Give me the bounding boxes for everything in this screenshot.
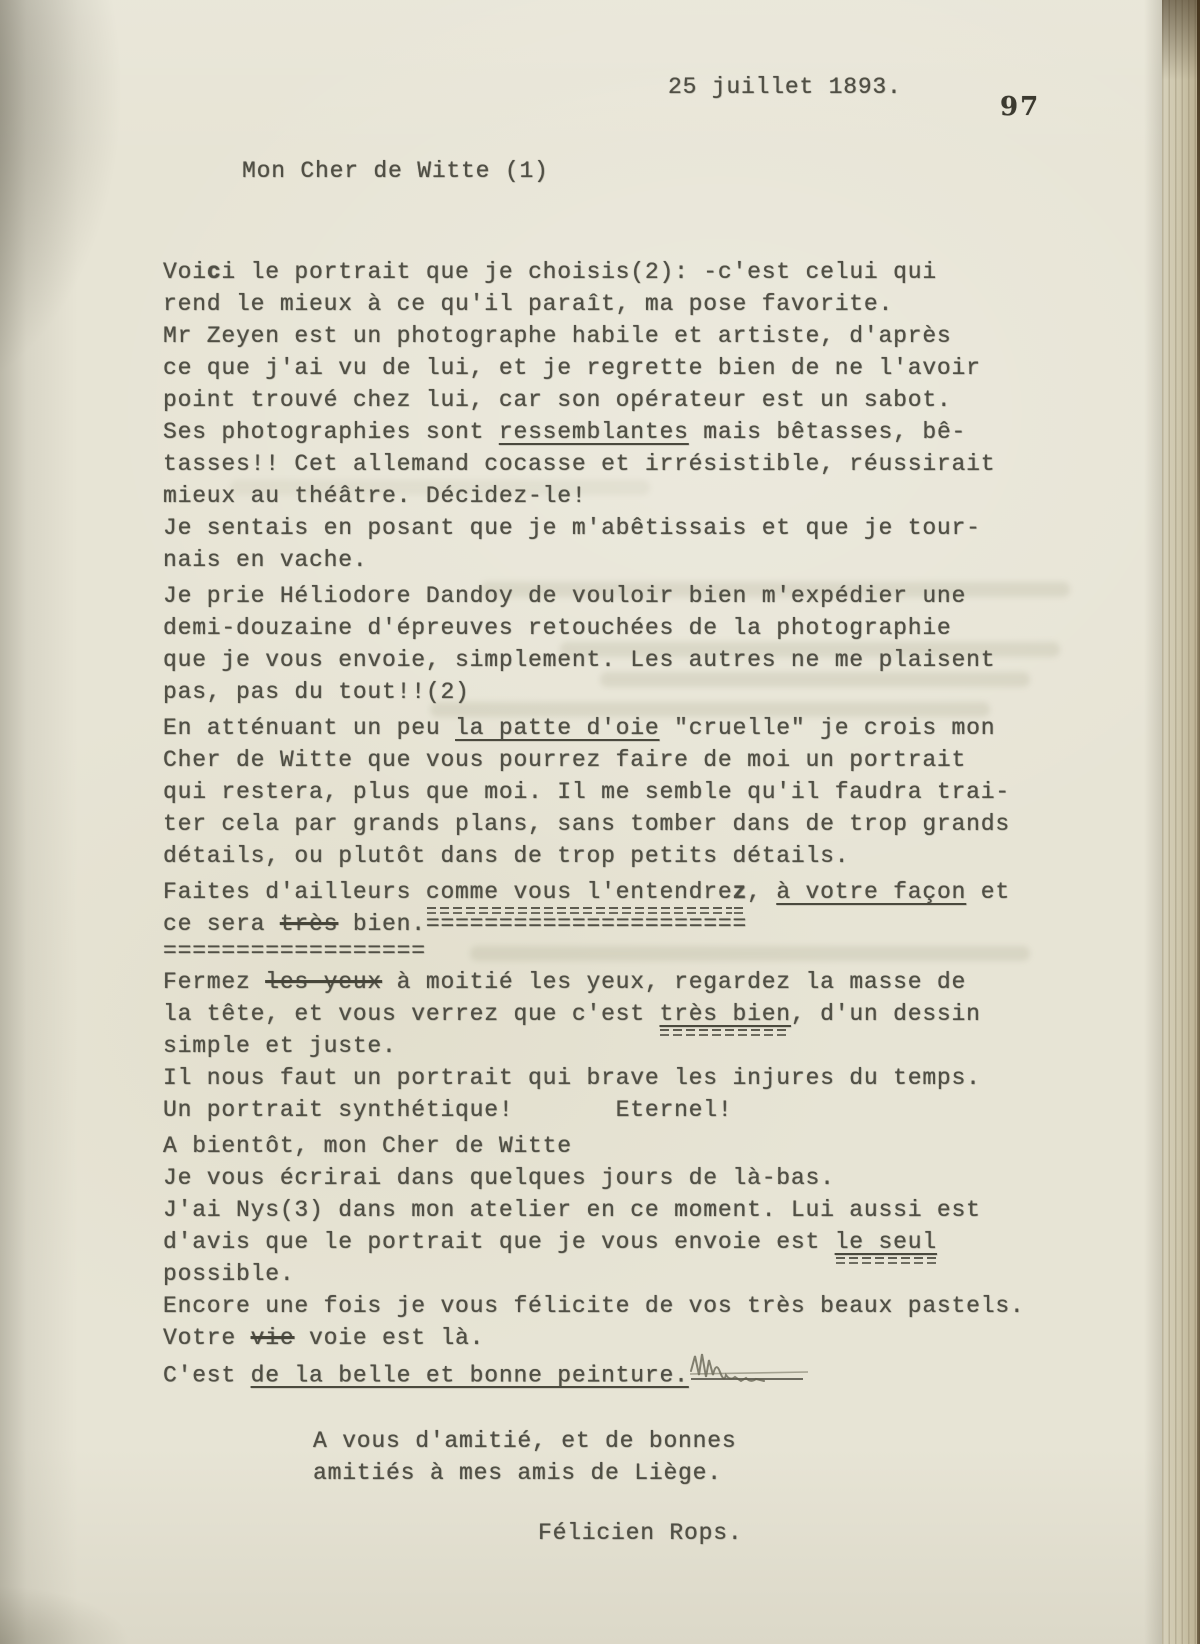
text-segment: , — [747, 879, 776, 905]
paragraph: A bientôt, mon Cher de WitteJe vous écri… — [163, 1130, 1123, 1391]
text-segment: Je sentais en posant que je m'abêtissais… — [163, 515, 981, 541]
letter-line: A bientôt, mon Cher de Witte — [163, 1130, 1123, 1162]
text-segment: Je vous écrirai dans quelques jours de l… — [163, 1165, 835, 1191]
book-page-edges — [1162, 0, 1200, 1644]
letter-date: 25 juillet 1893. — [668, 74, 902, 100]
text-segment: bien. — [338, 911, 426, 937]
closing-line: A vous d'amitié, et de bonnes — [313, 1425, 1123, 1457]
letter-line: ================== — [163, 940, 1123, 962]
letter-line: En atténuant un peu la patte d'oie "crue… — [163, 712, 1123, 744]
letter-line: nais en vache. — [163, 544, 1123, 576]
letter-line: Je prie Héliodore Dandoy de vouloir bien… — [163, 580, 1123, 612]
letter-line: rend le mieux à ce qu'il paraît, ma pose… — [163, 288, 1123, 320]
text-segment: tasses!! Cet allemand cocasse et irrésis… — [163, 451, 995, 477]
paragraph: En atténuant un peu la patte d'oie "crue… — [163, 712, 1123, 872]
text-segment-u-e: très bien — [659, 1001, 790, 1027]
letter-line: Fermez les yeux à moitié les yeux, regar… — [163, 966, 1123, 998]
text-segment-x: les yeux — [265, 969, 382, 995]
text-segment: Il nous faut un portrait qui brave les i… — [163, 1065, 981, 1091]
letter-line: ce que j'ai vu de lui, et je regrette bi… — [163, 352, 1123, 384]
letter-line: Votre vie voie est là. — [163, 1322, 1123, 1354]
text-segment: A bientôt, mon Cher de Witte — [163, 1133, 572, 1159]
text-segment-b: c — [207, 259, 222, 285]
letter-line: demi-douzaine d'épreuves retouchées de l… — [163, 612, 1123, 644]
text-segment: voie est là. — [294, 1325, 484, 1351]
text-segment: Ses photographies sont — [163, 419, 499, 445]
text-segment-u: ressemblantes — [499, 419, 689, 445]
text-segment: ce que j'ai vu de lui, et je regrette bi… — [163, 355, 981, 381]
letter-line: que je vous envoie, simplement. Les autr… — [163, 644, 1123, 676]
text-segment-u: à votre façon — [776, 879, 966, 905]
text-segment: ce sera — [163, 911, 280, 937]
text-segment: Faites d'ailleurs — [163, 879, 426, 905]
letter-line: qui restera, plus que moi. Il me semble … — [163, 776, 1123, 808]
text-segment-e: comme vous l'entendre — [426, 879, 733, 905]
letter-line: pas, pas du tout!!(2) — [163, 676, 1123, 708]
text-segment: mieux au théâtre. Décidez-le! — [163, 483, 586, 509]
text-segment: Fermez — [163, 969, 265, 995]
paragraph: Fermez les yeux à moitié les yeux, regar… — [163, 966, 1123, 1126]
letter-line: Cher de Witte que vous pourrez faire de … — [163, 744, 1123, 776]
text-segment-u: de la belle et bonne peinture. — [251, 1362, 689, 1388]
text-segment: à moitié les yeux, regardez la masse de — [382, 969, 966, 995]
paragraph: Voici le portrait que je choisis(2): -c'… — [163, 256, 1123, 576]
text-segment: Voi — [163, 259, 207, 285]
letter-line: d'avis que le portrait que je vous envoi… — [163, 1226, 1123, 1258]
letter-line: C'est de la belle et bonne peinture. — [163, 1354, 1123, 1391]
text-segment-u: la patte d'oie — [455, 715, 659, 741]
text-segment: ================== — [163, 938, 426, 964]
text-segment: Un portrait synthétique! Eternel! — [163, 1097, 733, 1123]
bottom-left-shadow — [0, 1574, 170, 1644]
text-segment: point trouvé chez lui, car son opérateur… — [163, 387, 952, 413]
text-segment-b-e: z — [733, 879, 748, 905]
text-segment: Votre — [163, 1325, 251, 1351]
letter-line: Faites d'ailleurs comme vous l'entendrez… — [163, 876, 1123, 908]
paragraph: Je prie Héliodore Dandoy de vouloir bien… — [163, 580, 1123, 708]
letter-line: J'ai Nys(3) dans mon atelier en ce momen… — [163, 1194, 1123, 1226]
text-segment: qui restera, plus que moi. Il me semble … — [163, 779, 1010, 805]
salutation: Mon Cher de Witte (1) — [242, 158, 549, 184]
closing-line: amitiés à mes amis de Liège. — [313, 1457, 1123, 1489]
text-segment: J'ai Nys(3) dans mon atelier en ce momen… — [163, 1197, 981, 1223]
letter-line: la tête, et vous verrez que c'est très b… — [163, 998, 1123, 1030]
text-segment: , d'un dessin — [791, 1001, 981, 1027]
text-segment: C'est — [163, 1362, 251, 1388]
text-segment: demi-douzaine d'épreuves retouchées de l… — [163, 615, 952, 641]
letter-line: Un portrait synthétique! Eternel! — [163, 1094, 1123, 1126]
letter-line: Ses photographies sont ressemblantes mai… — [163, 416, 1123, 448]
text-segment: En atténuant un peu — [163, 715, 455, 741]
letter-line: Encore une fois je vous félicite de vos … — [163, 1290, 1123, 1322]
text-segment: simple et juste. — [163, 1033, 397, 1059]
text-segment: que je vous envoie, simplement. Les autr… — [163, 647, 995, 673]
text-segment: Cher de Witte que vous pourrez faire de … — [163, 747, 966, 773]
text-segment: détails, ou plutôt dans de trop petits d… — [163, 843, 849, 869]
text-segment: mais bêtasses, bê- — [689, 419, 966, 445]
letter-line: Je sentais en posant que je m'abêtissais… — [163, 512, 1123, 544]
letter-line: mieux au théâtre. Décidez-le! — [163, 480, 1123, 512]
letter-body: Voici le portrait que je choisis(2): -c'… — [163, 256, 1123, 1549]
letter-line: Mr Zeyen est un photographe habile et ar… — [163, 320, 1123, 352]
letter-line: Je vous écrirai dans quelques jours de l… — [163, 1162, 1123, 1194]
letter-line: Voici le portrait que je choisis(2): -c'… — [163, 256, 1123, 288]
letter-line: ter cela par grands plans, sans tomber d… — [163, 808, 1123, 840]
text-segment: d'avis que le portrait que je vous envoi… — [163, 1229, 835, 1255]
paragraphs-container: Voici le portrait que je choisis(2): -c'… — [163, 256, 1123, 1391]
page-gutter-shadow — [0, 0, 78, 1644]
letter-line: possible. — [163, 1258, 1123, 1290]
page-number: 97 — [1000, 92, 1040, 122]
text-segment: Je prie Héliodore Dandoy de vouloir bien… — [163, 583, 966, 609]
text-segment: pas, pas du tout!!(2) — [163, 679, 470, 705]
text-segment: Encore une fois je vous félicite de vos … — [163, 1293, 1025, 1319]
closing-block: A vous d'amitié, et de bonnes amitiés à … — [313, 1425, 1123, 1489]
paragraph: Faites d'ailleurs comme vous l'entendrez… — [163, 876, 1123, 962]
letter-page: 25 juillet 1893. 97 Mon Cher de Witte (1… — [0, 0, 1200, 1644]
letter-line: Il nous faut un portrait qui brave les i… — [163, 1062, 1123, 1094]
letter-line: détails, ou plutôt dans de trop petits d… — [163, 840, 1123, 872]
signature: Félicien Rops. — [538, 1517, 1123, 1549]
letter-line: tasses!! Cet allemand cocasse et irrésis… — [163, 448, 1123, 480]
text-segment-x: très — [280, 911, 338, 937]
right-edge-shadow — [1144, 0, 1162, 1644]
text-segment: "cruelle" je crois mon — [659, 715, 995, 741]
text-segment: possible. — [163, 1261, 294, 1287]
letter-line: point trouvé chez lui, car son opérateur… — [163, 384, 1123, 416]
text-segment-x: vie — [251, 1325, 295, 1351]
text-segment: i le portrait que je choisis(2): -c'est … — [221, 259, 937, 285]
book-cover-corner — [1162, 0, 1200, 80]
text-segment: la tête, et vous verrez que c'est — [163, 1001, 659, 1027]
text-segment-ext — [691, 1353, 803, 1380]
text-segment-u-e: le seul — [835, 1229, 937, 1255]
letter-line: simple et juste. — [163, 1030, 1123, 1062]
text-segment: rend le mieux à ce qu'il paraît, ma pose… — [163, 291, 893, 317]
text-segment: et — [966, 879, 1010, 905]
text-segment: nais en vache. — [163, 547, 367, 573]
text-segment: ter cela par grands plans, sans tomber d… — [163, 811, 1010, 837]
text-segment: ====================== — [426, 911, 747, 937]
text-segment: Mr Zeyen est un photographe habile et ar… — [163, 323, 952, 349]
